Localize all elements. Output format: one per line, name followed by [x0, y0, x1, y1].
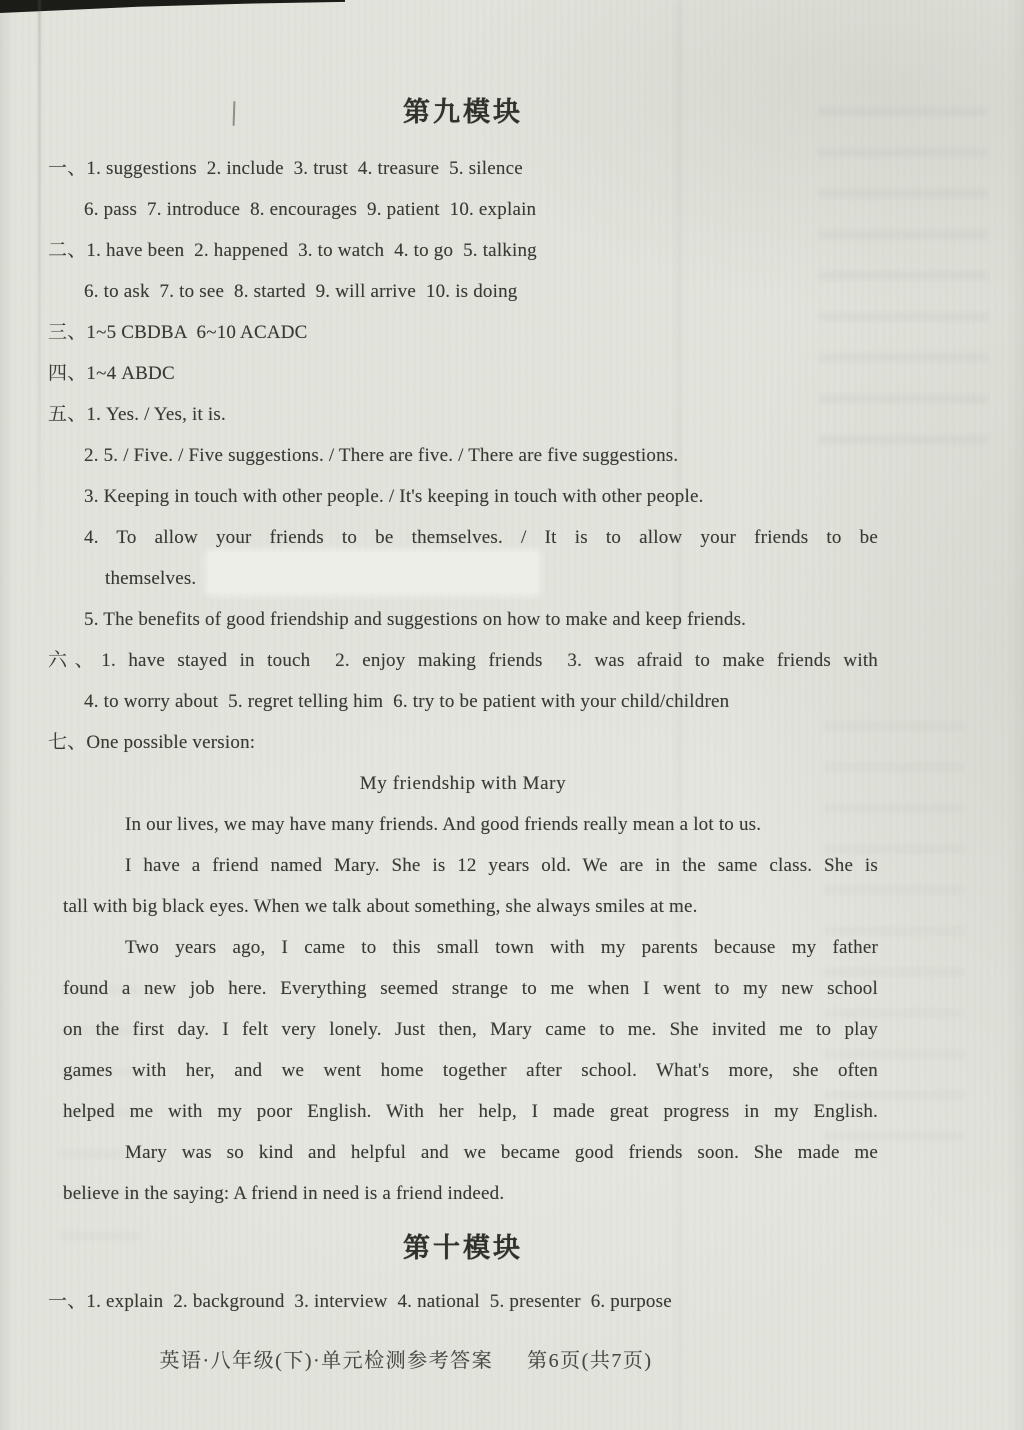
essay-line: Mary was so kind and helpful and we beca… — [48, 1132, 878, 1173]
answer-line: 五、1. Yes. / Yes, it is. — [48, 394, 878, 435]
answer-line: 七、One possible version: — [48, 722, 878, 763]
answer-line: 6. pass 7. introduce 8. encourages 9. pa… — [48, 189, 878, 230]
footer-page-number: 第6页(共7页) — [527, 1344, 652, 1378]
answer-line: 二、1. have been 2. happened 3. to watch 4… — [48, 230, 878, 271]
module10-heading: 第十模块 — [48, 1226, 878, 1265]
essay-line: on the first day. I felt very lonely. Ju… — [48, 1009, 878, 1050]
answer-line: 四、1~4 ABDC — [48, 353, 878, 394]
answer-line: themselves. — [48, 558, 878, 599]
footer-book-label: 英语·八年级(下)·单元检测参考答案 — [160, 1344, 494, 1378]
essay-title: My friendship with Mary — [48, 763, 878, 804]
answer-line: 2. 5. / Five. / Five suggestions. / Ther… — [48, 435, 878, 476]
answer-line: 5. The benefits of good friendship and s… — [48, 599, 878, 640]
paper-crease — [38, 0, 41, 620]
scanned-answer-key-page: 第九模块 一、1. suggestions 2. include 3. trus… — [0, 0, 1024, 1430]
essay-line: Two years ago, I came to this small town… — [48, 927, 878, 968]
essay-line: In our lives, we may have many friends. … — [48, 804, 878, 845]
answer-line: 6. to ask 7. to see 8. started 9. will a… — [48, 271, 878, 312]
scanner-edge-shadow — [0, 0, 345, 13]
essay-line: found a new job here. Everything seemed … — [48, 968, 878, 1009]
essay-line: games with her, and we went home togethe… — [48, 1050, 878, 1091]
module10-answers: 一、1. explain 2. background 3. interview … — [48, 1281, 878, 1322]
answer-line: 六、1. have stayed in touch 2. enjoy makin… — [48, 640, 878, 681]
page-footer: 英语·八年级(下)·单元检测参考答案 第6页(共7页) — [0, 1344, 812, 1378]
essay-line: believe in the saying: A friend in need … — [48, 1173, 878, 1214]
answer-line: 4. To allow your friends to be themselve… — [48, 517, 878, 558]
essay-line: tall with big black eyes. When we talk a… — [48, 886, 878, 927]
answer-line: 一、1. suggestions 2. include 3. trust 4. … — [48, 148, 878, 189]
answer-line: 一、1. explain 2. background 3. interview … — [48, 1281, 878, 1322]
essay-line: helped me with my poor English. With her… — [48, 1091, 878, 1132]
essay-line: I have a friend named Mary. She is 12 ye… — [48, 845, 878, 886]
answer-line: 三、1~5 CBDBA 6~10 ACADC — [48, 312, 878, 353]
module9-heading: 第九模块 — [48, 90, 878, 129]
answer-line: 3. Keeping in touch with other people. /… — [48, 476, 878, 517]
module9-answers: 一、1. suggestions 2. include 3. trust 4. … — [48, 148, 878, 1214]
answer-line: 4. to worry about 5. regret telling him … — [48, 681, 878, 722]
